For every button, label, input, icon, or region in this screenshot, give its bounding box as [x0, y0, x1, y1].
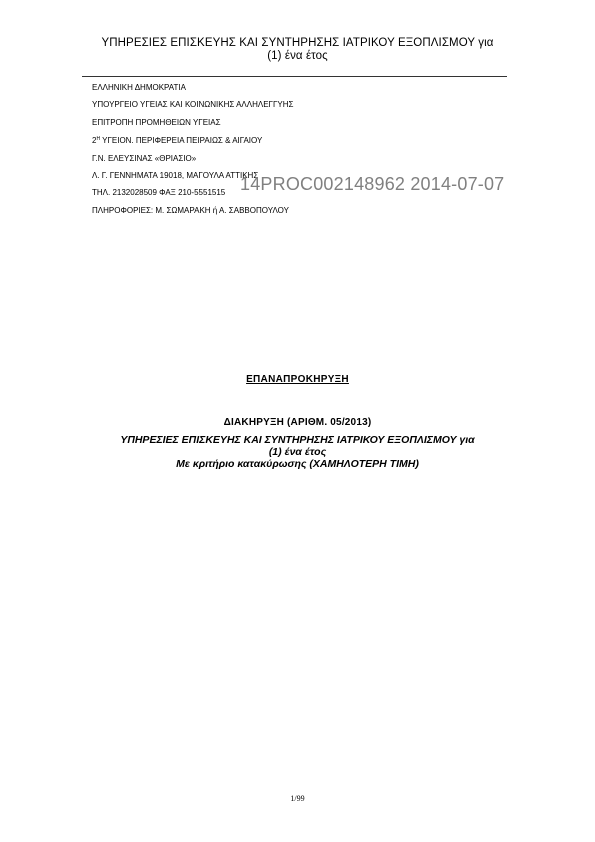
org-hospital: Γ.Ν. ΕΛΕΥΣΙΝΑΣ «ΘΡΙΑΣΙΟ» [92, 150, 293, 167]
organization-block: ΕΛΛΗΝΙΚΗ ΔΗΜΟΚΡΑΤΙΑ ΥΠΟΥΡΓΕΙΟ ΥΓΕΙΑΣ ΚΑΙ… [92, 79, 293, 219]
header-divider [82, 76, 507, 77]
tender-description: ΥΠΗΡΕΣΙΕΣ ΕΠΙΣΚΕΥΗΣ ΚΑΙ ΣΥΝΤΗΡΗΣΗΣ ΙΑΤΡΙ… [0, 434, 595, 470]
registry-stamp: 14PROC002148962 2014-07-07 [240, 174, 504, 194]
declaration-number: ΔΙΑΚΗΡΥΞΗ (ΑΡΙΘΜ. 05/2013) [0, 417, 595, 428]
award-criterion: Με κριτήριο κατακύρωσης (ΧΑΜΗΛΟΤΕΡΗ ΤΙΜΗ… [0, 458, 595, 470]
org-region: 2Η ΥΓΕΙΟΝ. ΠΕΡΙΦΕΡΕΙΑ ΠΕΙΡΑΙΩΣ & ΑΙΓΑΙΟΥ [92, 131, 293, 149]
header-title-line-1: ΥΠΗΡΕΣΙΕΣ ΕΠΙΣΚΕΥΗΣ ΚΑΙ ΣΥΝΤΗΡΗΣΗΣ ΙΑΤΡΙ… [0, 37, 595, 50]
org-contact: ΠΛΗΡΟΦΟΡΙΕΣ: Μ. ΣΩΜΑΡΑΚΗ ή Α. ΣΑΒΒΟΠΟΥΛΟ… [92, 202, 293, 219]
document-header: ΥΠΗΡΕΣΙΕΣ ΕΠΙΣΚΕΥΗΣ ΚΑΙ ΣΥΝΤΗΡΗΣΗΣ ΙΑΤΡΙ… [0, 37, 595, 63]
org-committee: ΕΠΙΤΡΟΠΗ ΠΡΟΜΗΘΕΙΩΝ ΥΓΕΙΑΣ [92, 114, 293, 131]
org-country: ΕΛΛΗΝΙΚΗ ΔΗΜΟΚΡΑΤΙΑ [92, 79, 293, 96]
header-title-line-2: (1) ένα έτος [0, 50, 595, 63]
page-number: 1/99 [0, 794, 595, 803]
tender-description-line-1: ΥΠΗΡΕΣΙΕΣ ΕΠΙΣΚΕΥΗΣ ΚΑΙ ΣΥΝΤΗΡΗΣΗΣ ΙΑΤΡΙ… [0, 434, 595, 446]
org-ministry: ΥΠΟΥΡΓΕΙΟ ΥΓΕΙΑΣ ΚΑΙ ΚΟΙΝΩΝΙΚΗΣ ΑΛΛΗΛΕΓΓ… [92, 96, 293, 113]
tender-description-line-2: (1) ένα έτος [0, 446, 595, 458]
document-title: ΕΠΑΝΑΠΡΟΚΗΡΥΞΗ [0, 374, 595, 385]
org-region-name: ΥΓΕΙΟΝ. ΠΕΡΙΦΕΡΕΙΑ ΠΕΙΡΑΙΩΣ & ΑΙΓΑΙΟΥ [100, 136, 262, 145]
